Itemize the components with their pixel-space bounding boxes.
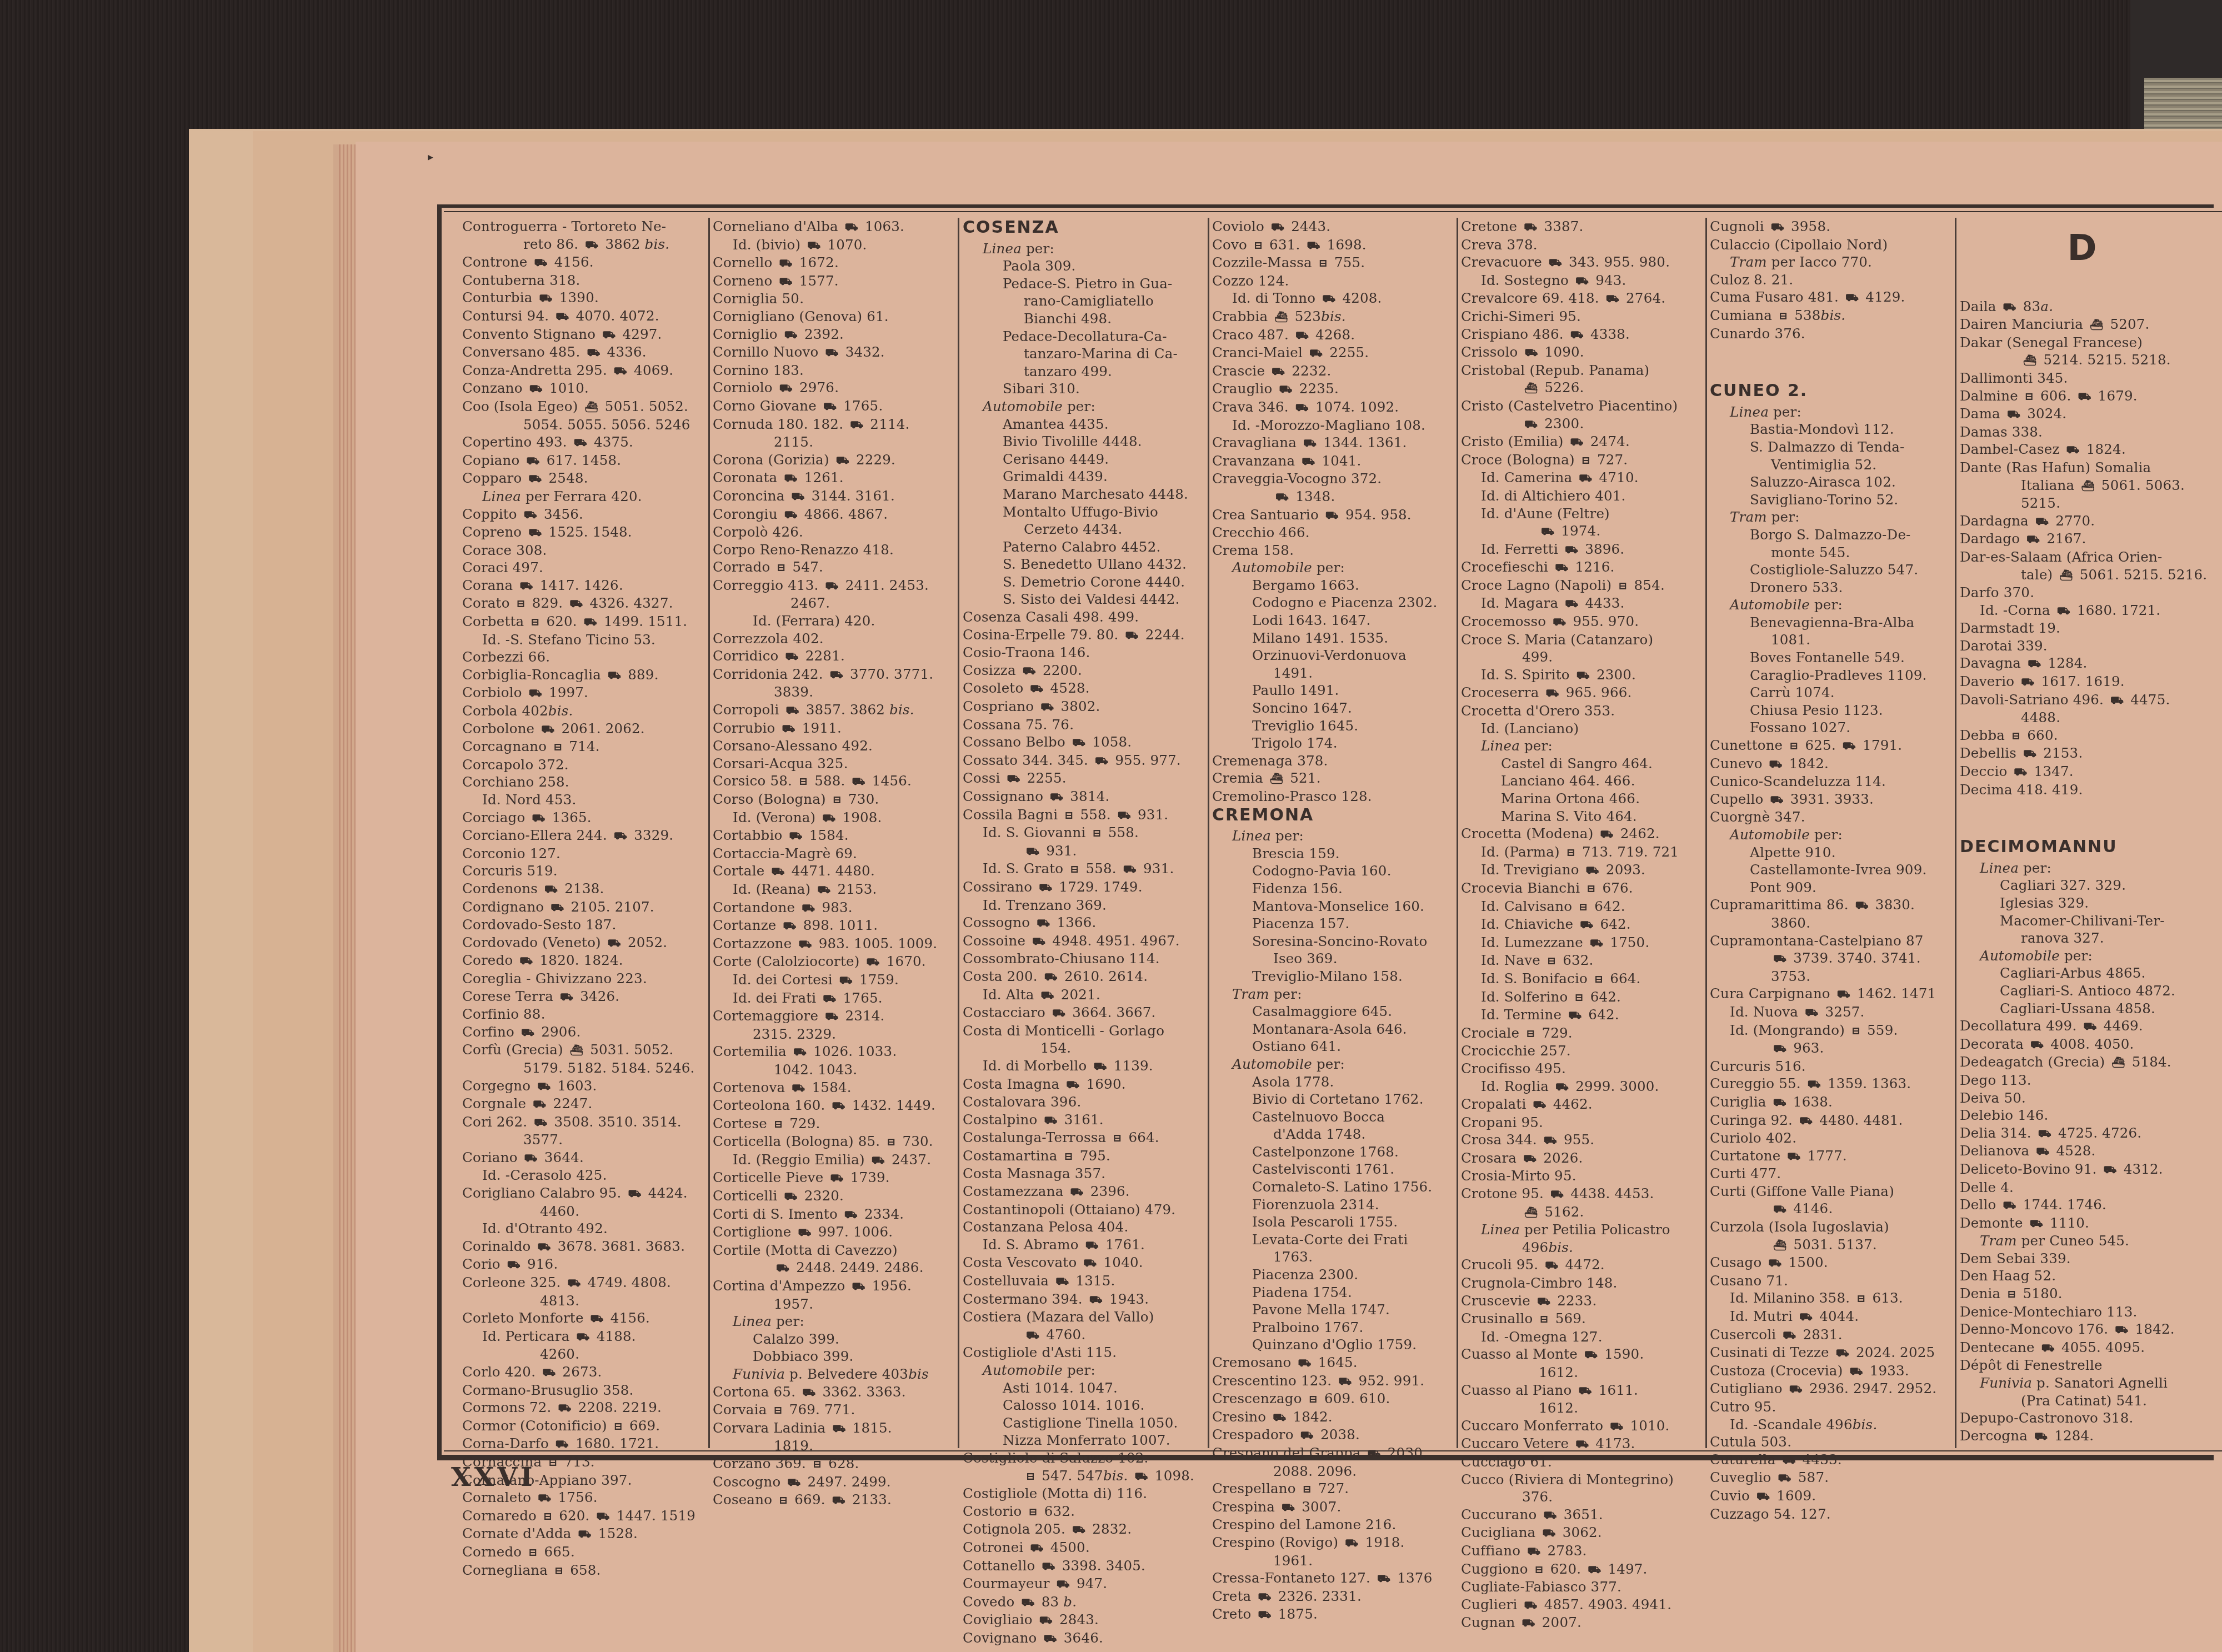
service-type-label: Linea: [1232, 828, 1271, 844]
index-entry: Crava 346. ⛟ 1074. 1092.: [1212, 398, 1457, 417]
index-subentry: Automobile per:: [963, 398, 1207, 415]
index-subentry: Castiglione Tinella 1050.: [963, 1414, 1207, 1432]
index-entry: Cortale ⛟ 4471. 4480.: [713, 862, 957, 880]
bus-icon: ⛟: [1543, 1506, 1557, 1524]
bus-icon: ⛟: [793, 1043, 807, 1061]
index-subentry: Linea per:: [1461, 737, 1705, 755]
bus-icon: ⛟: [823, 398, 837, 415]
bus-icon: ⛟: [2028, 655, 2041, 673]
index-subentry: Cagliari-S. Antioco 4872.: [1960, 982, 2204, 1000]
index-subentry: Orzinuovi-Verdonuova: [1212, 647, 1457, 664]
index-subentry: Lanciano 464. 466.: [1461, 772, 1705, 790]
index-subentry: Cagliari 327. 329.: [1960, 877, 2204, 894]
bus-icon: ⛟: [832, 1420, 845, 1438]
index-entry: Costalpino ⛟ 3161.: [963, 1111, 1207, 1129]
index-subentry: Calosso 1014. 1016.: [963, 1396, 1207, 1414]
index-entry: Delebio 146.: [1960, 1107, 2204, 1124]
index-entry: Cosoleto ⛟ 4528.: [963, 679, 1207, 698]
index-subentry: Id. Nuova ⛟ 3257.: [1710, 1003, 1954, 1022]
index-subentry: Nizza Monferrato 1007.: [963, 1431, 1207, 1449]
suffix-italic: a.: [2040, 298, 2053, 314]
bus-icon: ⛟: [1524, 1596, 1538, 1614]
index-entry: Corniolo ⛟ 2976.: [713, 379, 957, 397]
index-entry: Costigliole (Motta di) 116.: [963, 1485, 1207, 1503]
bus-icon: ⛟: [784, 326, 798, 344]
index-subentry: Pralboino 1767.: [1212, 1319, 1457, 1336]
index-entry: Decima 418. 419.: [1960, 781, 2204, 799]
index-entry: Cosenza Casali 498. 499.: [963, 608, 1207, 626]
index-entry: Cusercoli ⛟ 2831.: [1710, 1326, 1954, 1344]
index-subentry: Id. S. Grato ⊟ 558. ⛟ 931.: [963, 860, 1207, 878]
bus-icon: ⛟: [1338, 1373, 1352, 1390]
index-entry: Crevacuore ⛟ 343. 955. 980.: [1461, 253, 1705, 272]
index-entry: Denia ⊟ 5180.: [1960, 1285, 2204, 1303]
index-entry: Copertino 493. ⛟ 4375.: [462, 433, 707, 452]
index-entry: Cusano 71.: [1710, 1272, 1954, 1290]
bus-icon: ⛟: [1279, 381, 1293, 398]
index-entry: Delle 4.: [1960, 1179, 2204, 1197]
bus-icon: ⛟: [608, 934, 621, 952]
index-subentry: Linea per:: [1212, 827, 1457, 845]
tram-icon: ⊟: [2011, 727, 2020, 745]
service-type-label: Tram: [1232, 986, 1269, 1002]
index-entry: Cristobal (Repub. Panama): [1461, 362, 1705, 379]
bus-icon: ⛟: [1855, 897, 1869, 914]
index-subentry: Castel di Sangro 464.: [1461, 755, 1705, 773]
index-entry: Corpo Reno-Renazzo 418.: [713, 541, 957, 559]
suffix-italic: bis.: [548, 703, 573, 719]
index-entry: Corna-Darfo ⛟ 1680. 1721.: [462, 1435, 707, 1453]
index-subentry: 2315. 2329.: [713, 1025, 957, 1043]
bus-icon: ⛟: [1026, 1326, 1039, 1344]
index-entry: Curtatone ⛟ 1777.: [1710, 1147, 1954, 1165]
index-subentry: Codogno-Pavia 160.: [1212, 862, 1457, 880]
index-entry: Crevalcore 69. 418. ⛟ 2764.: [1461, 289, 1705, 308]
bus-icon: ⛟: [1044, 1112, 1057, 1129]
index-subentry: Id. Sostegno ⛟ 943.: [1461, 272, 1705, 290]
index-subentry: ranova 327.: [1960, 929, 2204, 947]
index-subentry: Linea per:: [713, 1313, 957, 1330]
service-type-label: Automobile: [1232, 559, 1312, 575]
index-subentry: Castelnuovo Bocca: [1212, 1108, 1457, 1126]
index-entry: Curzola (Isola Iugoslavia): [1710, 1218, 1954, 1236]
bus-icon: ⛟: [608, 667, 621, 684]
bus-icon: ⛟: [783, 917, 796, 935]
bus-icon: ⛟: [782, 720, 795, 738]
bus-icon: ⛟: [542, 1364, 555, 1381]
index-entry: Conza-Andretta 295. ⛟ 4069.: [462, 362, 707, 380]
index-subentry: Castelvisconti 1761.: [1212, 1160, 1457, 1178]
index-subentry: Id. (Reggio Emilia) ⛟ 2437.: [713, 1151, 957, 1169]
suffix-italic: bis: [908, 1366, 929, 1382]
index-subentry: monte 545.: [1710, 544, 1954, 562]
bus-icon: ⛟: [1783, 1326, 1796, 1344]
index-entry: Cremenaga 378.: [1212, 752, 1457, 770]
bus-icon: ⛟: [551, 899, 564, 917]
index-entry: Damas 338.: [1960, 423, 2204, 441]
index-subentry: Boves Fontanelle 549.: [1710, 649, 1954, 667]
index-subentry: 5215.: [1960, 494, 2204, 512]
boat-icon: ⛴: [1773, 1237, 1786, 1254]
bus-icon: ⛟: [1600, 825, 1613, 843]
bus-icon: ⛟: [1808, 1075, 1821, 1093]
index-subentry: Savigliano-Torino 52.: [1710, 491, 1954, 509]
index-entry: Corno Giovane ⛟ 1765.: [713, 397, 957, 415]
index-entry: Cravagliana ⛟ 1344. 1361.: [1212, 434, 1457, 452]
index-entry: Corlo 420. ⛟ 2673.: [462, 1363, 707, 1381]
index-entry: Crissolo ⛟ 1090.: [1461, 343, 1705, 362]
tram-icon: ⊟: [1575, 989, 1584, 1007]
index-entry: Cuccurano ⛟ 3651.: [1461, 1506, 1705, 1524]
index-entry: Cortandone ⛟ 983.: [713, 899, 957, 917]
bus-icon: ⛟: [1302, 453, 1315, 470]
bus-icon: ⛟: [1579, 1382, 1592, 1400]
tram-icon: ⊟: [2007, 1285, 2016, 1303]
index-entry: Curiolo 402.: [1710, 1129, 1954, 1147]
tram-icon: ⊟: [1303, 1480, 1312, 1498]
bus-icon: ⛟: [792, 1079, 805, 1097]
index-subentry: ⛟ 931.: [963, 842, 1207, 860]
index-entry: Davoli-Satriano 496. ⛟ 4475.: [1960, 691, 2204, 709]
bus-icon: ⛟: [2041, 1339, 2055, 1357]
index-entry: Corleone 325. ⛟ 4749. 4808.: [462, 1274, 707, 1292]
index-entry: Costalovara 396.: [963, 1093, 1207, 1111]
index-subentry: Calalzo 399.: [713, 1330, 957, 1348]
index-subentry: tanzaro 499.: [963, 363, 1207, 381]
index-subentry: ⛟ 1974.: [1461, 522, 1705, 540]
bus-icon: ⛟: [1377, 1570, 1390, 1588]
index-subentry: 1612.: [1461, 1364, 1705, 1381]
index-entry: Covigliaio ⛟ 2843.: [963, 1611, 1207, 1629]
index-subentry: Cerzeto 4434.: [963, 520, 1207, 538]
bus-icon: ⛟: [1542, 1524, 1555, 1542]
bus-icon: ⛟: [1524, 415, 1538, 433]
index-entry: Corio ⛟ 916.: [462, 1255, 707, 1274]
index-subentry: Id. -Omegna 127.: [1461, 1328, 1705, 1346]
index-entry: Cureggio 55. ⛟ 1359. 1363.: [1710, 1075, 1954, 1093]
index-entry: Dercogna ⛟ 1284.: [1960, 1427, 2204, 1445]
index-subentry: Linea per Ferrara 420.: [462, 488, 707, 505]
tram-icon: ⊟: [1547, 952, 1556, 970]
index-subentry: Paterno Calabro 4452.: [963, 538, 1207, 556]
index-entry: Cuturella ⛟ 4433.: [1710, 1451, 1954, 1469]
index-entry: Corcapolo 372.: [462, 756, 707, 774]
service-type-label: Linea: [1980, 860, 2019, 876]
index-entry: Crocevia Bianchi ⊟ 676.: [1461, 879, 1705, 898]
index-entry: Cunico-Scandeluzza 114.: [1710, 773, 1954, 790]
index-subentry: 3839.: [713, 683, 957, 701]
city-heading: CREMONA: [1212, 807, 1457, 824]
index-subentry: Id. (Lanciano): [1461, 720, 1705, 738]
index-entry: Cornedo ⊟ 665.: [462, 1543, 707, 1561]
index-entry: Cosizza ⛟ 2200.: [963, 662, 1207, 680]
bus-icon: ⛟: [1555, 1078, 1569, 1096]
index-subentry: Levata-Corte dei Frati: [1212, 1231, 1457, 1249]
index-subentry: 1612.: [1461, 1399, 1705, 1417]
index-entry: Correggio 413. ⛟ 2411. 2453.: [713, 577, 957, 595]
index-entry: Curti (Giffone Valle Piana): [1710, 1183, 1954, 1200]
bus-icon: ⛟: [2007, 406, 2020, 423]
index-entry: Cornaredo ⊟ 620. ⛟ 1447. 1519: [462, 1507, 707, 1525]
index-entry: Copparo ⛟ 2548.: [462, 469, 707, 488]
index-subentry: S. Benedetto Ullano 4432.: [963, 555, 1207, 573]
bus-icon: ⛟: [1799, 1308, 1813, 1326]
index-subentry: 1081.: [1710, 631, 1954, 649]
tram-icon: ⊟: [1579, 898, 1588, 916]
bus-icon: ⛟: [789, 827, 802, 845]
index-entry: Copiano ⛟ 617. 1458.: [462, 452, 707, 470]
index-entry: Cornigliano (Genova) 61.: [713, 308, 957, 326]
index-entry: Corato ⊟ 829. ⛟ 4326. 4327.: [462, 594, 707, 613]
page-number: XXVI: [451, 1462, 536, 1492]
bus-icon: ⛟: [798, 1224, 811, 1241]
bus-icon: ⛟: [537, 1078, 551, 1095]
index-entry: Corridico ⛟ 2281.: [713, 647, 957, 665]
index-subentry: Id. Trevigiano ⛟ 2093.: [1461, 861, 1705, 879]
index-entry: Corneliano d'Alba ⛟ 1063.: [713, 218, 957, 236]
bus-icon: ⛟: [519, 577, 533, 595]
index-subentry: Sibari 310.: [963, 380, 1207, 398]
index-subentry: Cornaleto-S. Latino 1756.: [1212, 1178, 1457, 1196]
bus-icon: ⛟: [1282, 1499, 1295, 1516]
index-entry: Dardagna ⛟ 2770.: [1960, 512, 2204, 530]
index-entry: Darmstadt 19.: [1960, 619, 2204, 637]
index-entry: Costanzana Pelosa 404.: [963, 1218, 1207, 1236]
index-entry: Corvara Ladinia ⛟ 1815.: [713, 1419, 957, 1438]
index-subentry: Casalmaggiore 645.: [1212, 1003, 1457, 1020]
index-entry: Conversano 485. ⛟ 4336.: [462, 343, 707, 362]
boat-icon: ⛴: [584, 398, 598, 416]
tram-icon: ⊟: [1789, 737, 1798, 755]
index-entry: Corpolò 426.: [713, 523, 957, 541]
index-entry: Crescentino 123. ⛟ 952. 991.: [1212, 1372, 1457, 1390]
bus-icon: ⛟: [1580, 916, 1593, 934]
index-subentry: 1819.: [713, 1437, 957, 1455]
city-heading: COSENZA: [963, 219, 1207, 237]
bus-icon: ⛟: [2066, 441, 2080, 459]
index-subentry: Chiusa Pesio 1123.: [1710, 702, 1954, 719]
index-subentry: Id. (Verona) ⛟ 1908.: [713, 809, 957, 827]
index-entry: Creva 378.: [1461, 236, 1705, 254]
index-entry: Corticelli ⛟ 2320.: [713, 1187, 957, 1205]
index-entry: Cospriano ⛟ 3802.: [963, 698, 1207, 716]
service-type-label: Automobile: [1980, 948, 2060, 964]
index-entry: Covo ⊟ 631. ⛟ 1698.: [1212, 236, 1457, 254]
index-subentry: Alpette 910.: [1710, 844, 1954, 862]
index-subentry: Id. Calvisano ⊟ 642.: [1461, 898, 1705, 916]
index-column-3: COSENZALinea per:Paola 309.Pedace-S. Pie…: [963, 218, 1207, 1648]
index-entry: Cugliate-Fabiasco 377.: [1461, 1578, 1705, 1596]
bus-icon: ⛟: [1032, 933, 1045, 950]
bus-icon: ⛟: [1769, 755, 1783, 773]
tram-icon: ⊟: [1851, 1022, 1860, 1040]
tram-icon: ⊟: [517, 595, 526, 613]
bus-icon: ⛟: [1522, 1614, 1535, 1632]
bus-icon: ⛟: [1782, 1451, 1795, 1469]
bus-icon: ⛟: [1039, 1611, 1053, 1629]
bus-icon: ⛟: [823, 990, 836, 1008]
index-subentry: Id. Mutri ⛟ 4044.: [1710, 1308, 1954, 1326]
index-entry: Cuma Fusaro 481. ⛟ 4129.: [1710, 288, 1954, 307]
bus-icon: ⛟: [558, 1399, 571, 1417]
index-entry: Culaccio (Cipollaio Nord): [1710, 236, 1954, 254]
service-type-label: Linea: [1481, 1222, 1520, 1238]
index-subentry: 5054. 5055. 5056. 5246: [462, 416, 707, 434]
index-subentry: S. Demetrio Corone 4440.: [963, 573, 1207, 591]
service-type-label: Linea: [733, 1313, 772, 1329]
bus-icon: ⛟: [584, 613, 597, 631]
bus-icon: ⛟: [2021, 673, 2034, 691]
index-entry: Corbetta ⊟ 620. ⛟ 1499. 1511.: [462, 613, 707, 631]
index-entry: Corrubio ⛟ 1911.: [713, 719, 957, 738]
index-entry: Costiera (Mazara del Vallo): [963, 1308, 1207, 1326]
bus-icon: ⛟: [2026, 530, 2040, 548]
index-subentry: Tram per Cuneo 545.: [1960, 1232, 2204, 1250]
index-entry: Creta ⛟ 2326. 2331.: [1212, 1588, 1457, 1606]
bus-icon: ⛟: [872, 1152, 885, 1169]
index-entry: Davagna ⛟ 1284.: [1960, 654, 2204, 673]
index-entry: Creto ⛟ 1875.: [1212, 1605, 1457, 1624]
index-entry: Cortaccia-Magrè 69.: [713, 845, 957, 863]
index-subentry: Asola 1778.: [1212, 1073, 1457, 1091]
tram-icon: ⊟: [813, 1455, 822, 1473]
index-entry: Coriano ⛟ 3644.: [462, 1149, 707, 1167]
bus-icon: ⛟: [1577, 667, 1590, 684]
tram-icon: ⊟: [548, 1454, 557, 1471]
index-entry: Costacciaro ⛟ 3664. 3667.: [963, 1004, 1207, 1022]
index-entry: Cornegliana ⊟ 658.: [462, 1561, 707, 1580]
bus-icon: ⛟: [866, 953, 879, 971]
bus-icon: ⛟: [1322, 290, 1335, 308]
bus-icon: ⛟: [1550, 1185, 1564, 1203]
index-entry: Corbiglia-Roncaglia ⛟ 889.: [462, 666, 707, 684]
index-entry: Cuvio ⛟ 1609.: [1710, 1487, 1954, 1505]
index-entry: Cuveglio ⛟ 587.: [1710, 1469, 1954, 1487]
bus-icon: ⛟: [555, 308, 569, 326]
bus-icon: ⛟: [1579, 469, 1592, 487]
bus-icon: ⛟: [1553, 613, 1566, 631]
bus-icon: ⛟: [832, 1491, 845, 1509]
index-subentry: Linea per:: [1710, 403, 1954, 421]
index-entry: Corace 308.: [462, 542, 707, 559]
index-subentry: Id. -Scandale 496bis.: [1710, 1416, 1954, 1434]
tram-icon: ⊟: [779, 1491, 788, 1509]
bus-icon: ⛟: [519, 952, 533, 970]
index-entry: Costamartina ⊟ 795.: [963, 1147, 1207, 1165]
index-entry: Contuberna 318.: [462, 272, 707, 289]
section-letter: D: [1960, 240, 2204, 258]
index-entry: Cranci-Maiel ⛟ 2255.: [1212, 344, 1457, 362]
index-subentry: 3860.: [1710, 914, 1954, 932]
index-entry: Cortile (Motta di Cavezzo): [713, 1241, 957, 1259]
service-type-label: Funivia: [733, 1366, 785, 1382]
bus-icon: ⛟: [576, 1328, 589, 1346]
bus-icon: ⛟: [1773, 950, 1786, 968]
bus-icon: ⛟: [628, 1185, 641, 1203]
index-entry: Cormano-Brusuglio 358.: [462, 1381, 707, 1399]
index-entry: Cristo (Emilia) ⛟ 2474.: [1461, 433, 1705, 451]
index-entry: Corconio 127.: [462, 845, 707, 863]
bus-icon: ⛟: [1303, 434, 1317, 452]
index-subentry: Dronero 533.: [1710, 579, 1954, 597]
index-entry: Dallimonti 345.: [1960, 369, 2204, 387]
bus-icon: ⛟: [1066, 1076, 1079, 1094]
bus-icon: ⛟: [1030, 680, 1043, 698]
bus-icon: ⛟: [1072, 1521, 1085, 1539]
index-subentry: Id. Ferretti ⛟ 3896.: [1461, 540, 1705, 559]
index-entry: Crespino (Rovigo) ⛟ 1918.: [1212, 1534, 1457, 1552]
bus-icon: ⛟: [2115, 1321, 2128, 1339]
index-subentry: ⛟ 1348.: [1212, 488, 1457, 506]
index-entry: Cugnoli ⛟ 3958.: [1710, 218, 1954, 236]
index-subentry: Id. Magara ⛟ 4433.: [1461, 594, 1705, 613]
bus-icon: ⛟: [1275, 488, 1289, 506]
index-subentry: tale) ⛴ 5061. 5215. 5216.: [1960, 566, 2204, 584]
index-subentry: Fossano 1027.: [1710, 719, 1954, 737]
index-subentry: Id. Nave ⊟ 632.: [1461, 952, 1705, 970]
bus-icon: ⛟: [1555, 559, 1568, 577]
index-entry: Dama ⛟ 3024.: [1960, 405, 2204, 423]
bus-icon: ⛟: [2038, 1125, 2051, 1143]
index-entry: Costalunga-Terrossa ⊟ 664.: [963, 1129, 1207, 1147]
bus-icon: ⛟: [832, 1097, 845, 1115]
index-subentry: Automobile per:: [1710, 826, 1954, 844]
bus-icon: ⛟: [574, 434, 587, 452]
index-entry: Denno-Moncovo 176. ⛟ 1842.: [1960, 1320, 2204, 1339]
index-subentry: Marano Marchesato 4448.: [963, 485, 1207, 503]
index-entry: Cupramontana-Castelpiano 87: [1710, 932, 1954, 950]
bus-icon: ⛟: [1768, 1254, 1781, 1272]
boat-icon: ⛴: [1524, 379, 1538, 397]
index-subentry: Ostiano 641.: [1212, 1038, 1457, 1055]
bus-icon: ⛟: [1368, 1445, 1381, 1463]
index-entry: Cossato 344. 345. ⛟ 955. 977.: [963, 752, 1207, 770]
index-entry: Cumiana ⊟ 538bis.: [1710, 307, 1954, 325]
index-entry: Cossi ⛟ 2255.: [963, 769, 1207, 788]
bus-icon: ⛟: [845, 218, 858, 236]
index-entry: Dépôt di Fenestrelle: [1960, 1356, 2204, 1374]
index-subentry: 3577.: [462, 1131, 707, 1149]
bus-icon: ⛟: [1849, 1363, 1863, 1380]
tram-icon: ⊟: [1582, 452, 1590, 469]
bus-icon: ⛟: [568, 1274, 581, 1292]
index-subentry: Benevagienna-Bra-Alba: [1710, 614, 1954, 632]
bus-icon: ⛟: [560, 988, 573, 1006]
section-gap: [1710, 342, 1954, 381]
index-entry: Costermano 394. ⛟ 1943.: [963, 1290, 1207, 1309]
index-subentry: Isola Pescaroli 1755.: [1212, 1213, 1457, 1231]
index-entry: Corigliano Calabro 95. ⛟ 4424.: [462, 1184, 707, 1203]
index-subentry: Iseo 369.: [1212, 950, 1457, 968]
tram-icon: ⊟: [1113, 1129, 1122, 1147]
index-subentry: S. Sisto dei Valdesi 4442.: [963, 590, 1207, 608]
bus-icon: ⛟: [852, 1278, 865, 1295]
index-entry: Coroncina ⛟ 3144. 3161.: [713, 487, 957, 505]
index-subentry: Id. Milanino 358. ⊟ 613.: [1710, 1289, 1954, 1308]
bus-icon: ⛟: [524, 1149, 538, 1167]
index-subentry: Funivia p. Belvedere 403bis: [713, 1365, 957, 1383]
index-entry: Costelluvaia ⛟ 1315.: [963, 1272, 1207, 1290]
tram-icon: ⊟: [1026, 1468, 1035, 1485]
index-subentry: Bivio Tivolille 4448.: [963, 433, 1207, 450]
bus-icon: ⛟: [585, 236, 598, 254]
boat-icon: ⛴: [1270, 770, 1283, 788]
index-entry: Corticella (Bologna) 85. ⊟ 730.: [713, 1133, 957, 1151]
index-subentry: Id. S. Bonifacio ⊟ 664.: [1461, 970, 1705, 988]
index-subentry: Milano 1491. 1535.: [1212, 629, 1457, 647]
bus-icon: ⛟: [1055, 1273, 1069, 1290]
index-entry: Coraci 497.: [462, 559, 707, 577]
